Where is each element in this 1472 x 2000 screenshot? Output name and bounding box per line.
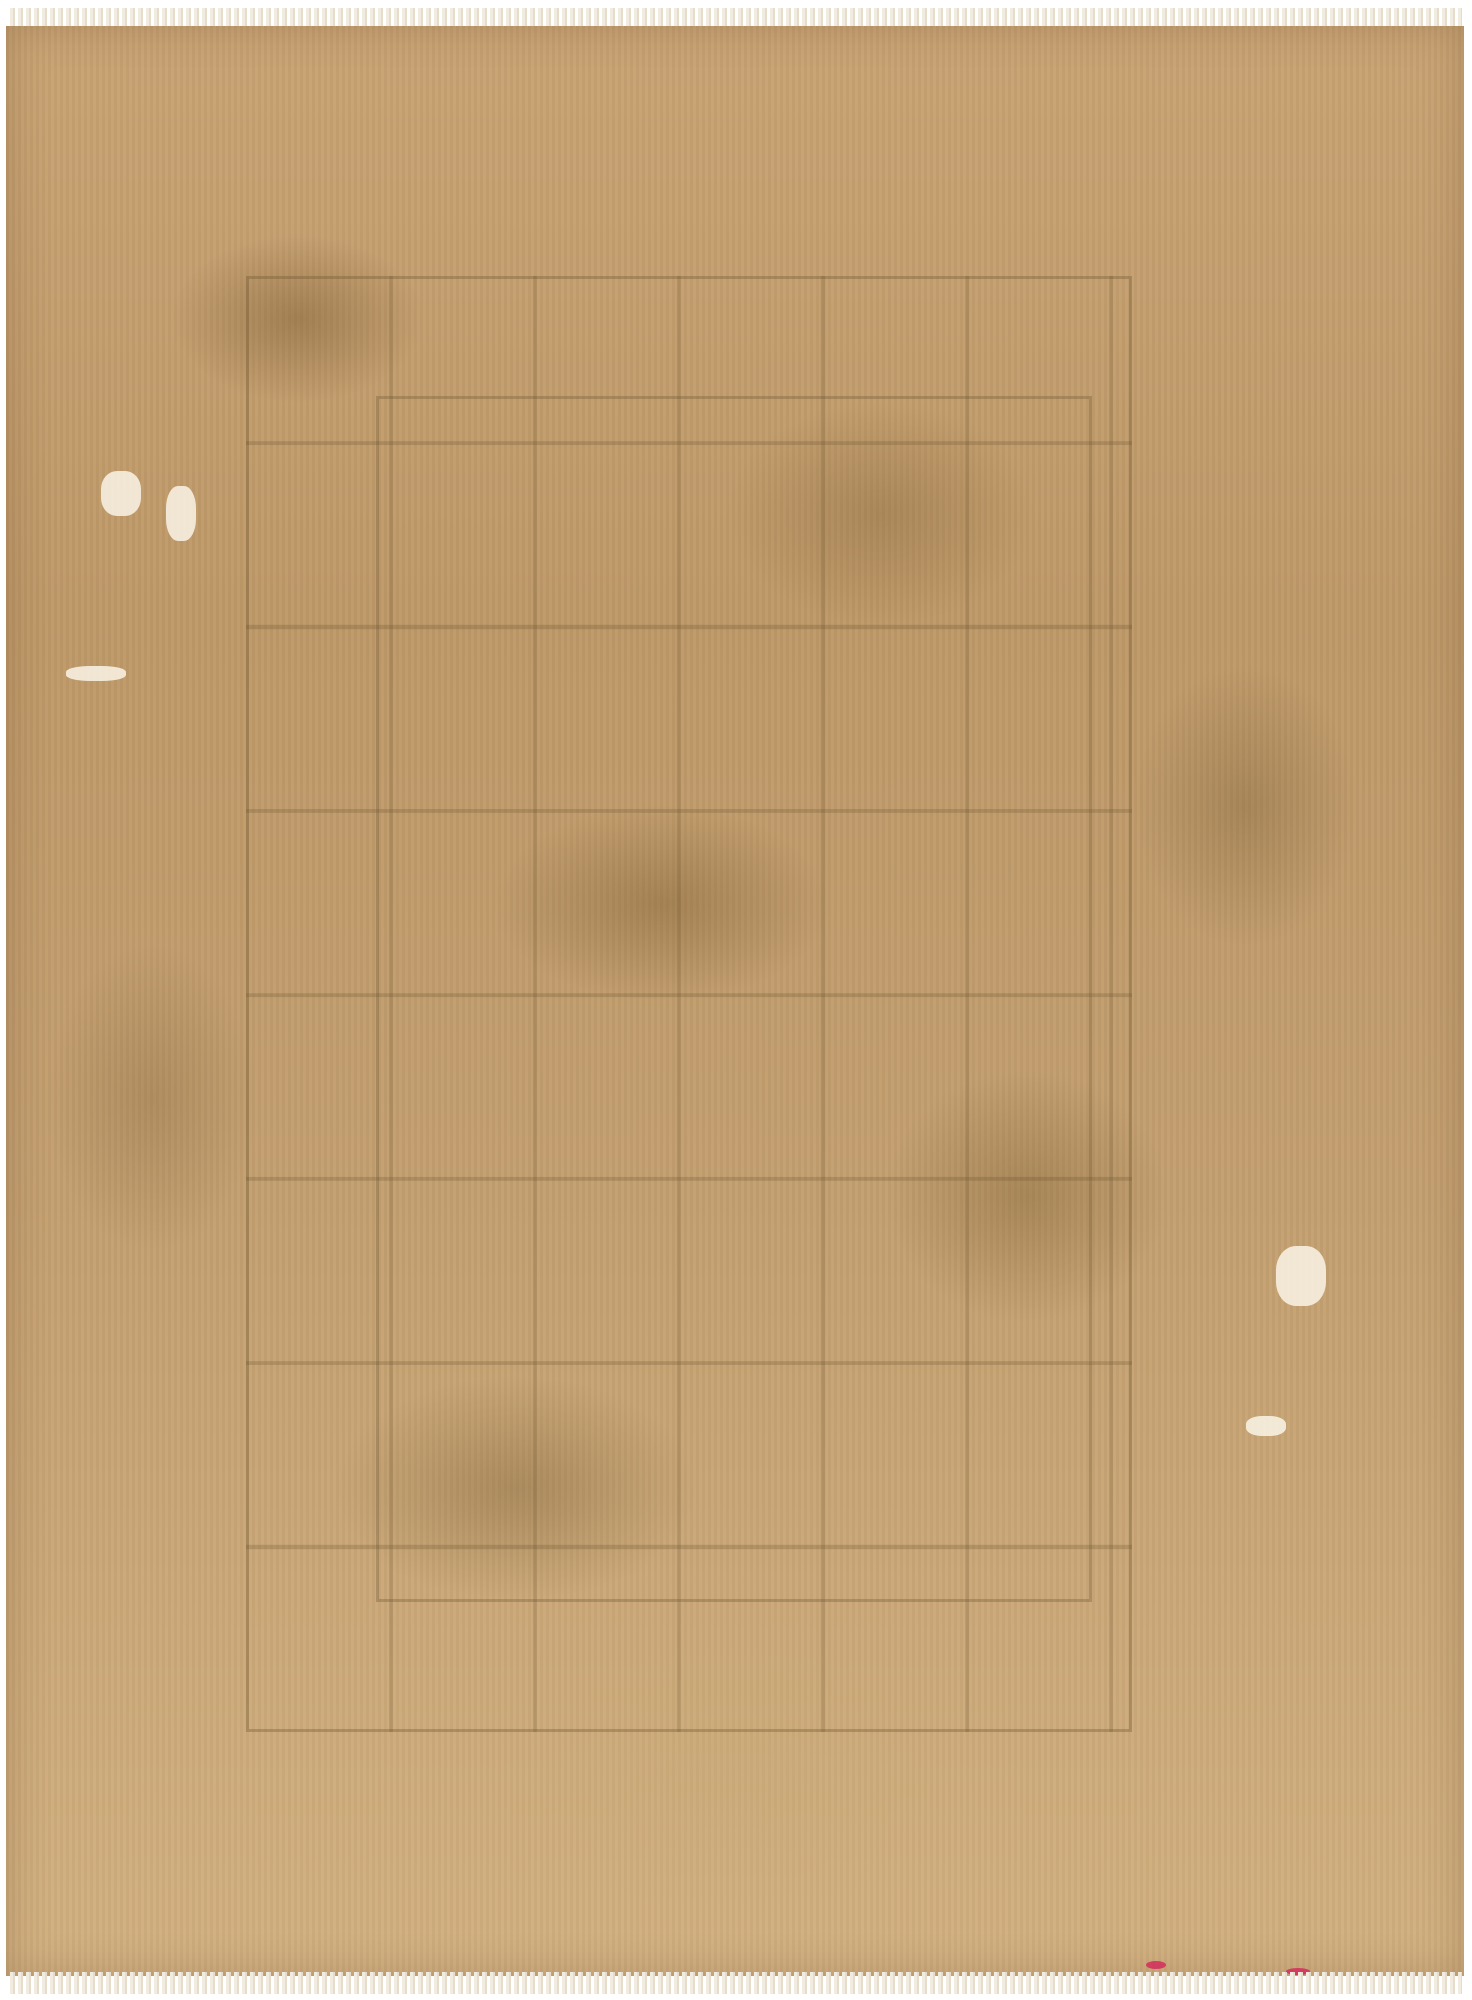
worn-patch (1246, 1416, 1286, 1436)
worn-patch (66, 666, 126, 681)
rug (6, 26, 1464, 1976)
worn-patch (101, 471, 141, 516)
rug-fringe-bottom (10, 1972, 1462, 1994)
worn-patch (1276, 1246, 1326, 1306)
stain (1146, 1961, 1166, 1969)
worn-patch (166, 486, 196, 541)
rug-center-field (376, 396, 1092, 1602)
